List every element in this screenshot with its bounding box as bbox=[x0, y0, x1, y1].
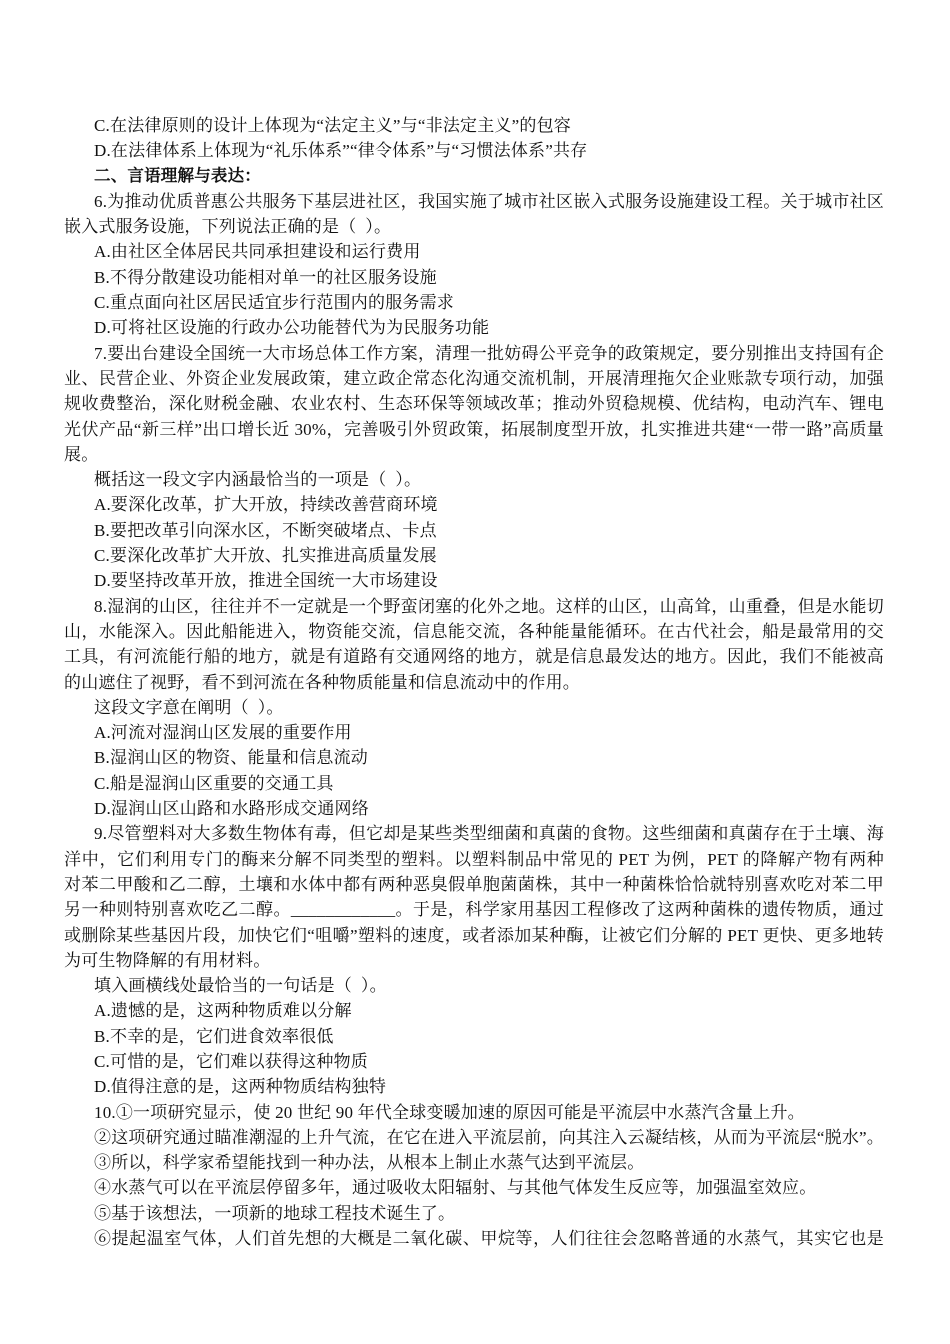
text-line: 9.尽管塑料对大多数生物体有毒，但它却是某些类型细菌和真菌的食物。这些细菌和真菌… bbox=[64, 821, 884, 846]
text-line: B.要把改革引向深水区，不断突破堵点、卡点 bbox=[64, 518, 884, 543]
text-line: 的山遮住了视野，看不到河流在各种物质能量和信息流动中的作用。 bbox=[64, 670, 884, 695]
text-line: 10.①一项研究显示，使 20 世纪 90 年代全球变暖加速的原因可能是平流层中… bbox=[64, 1100, 884, 1125]
text-line: 另一种则特别喜欢吃乙二醇。____________。于是，科学家用基因工程修改了… bbox=[64, 897, 884, 922]
text-line: D.湿润山区山路和水路形成交通网络 bbox=[64, 796, 884, 821]
text-line: 这段文字意在阐明（ ）。 bbox=[64, 695, 884, 720]
text-line: A.由社区全体居民共同承担建设和运行费用 bbox=[64, 239, 884, 264]
text-line: A.要深化改革，扩大开放，持续改善营商环境 bbox=[64, 492, 884, 517]
text-line: D.要坚持改革开放，推进全国统一大市场建设 bbox=[64, 568, 884, 593]
section-heading: 二、言语理解与表达： bbox=[64, 164, 884, 189]
text-line: 对苯二甲酸和乙二醇，土壤和水体中都有两种恶臭假单胞菌菌株，其中一种菌株恰恰就特别… bbox=[64, 872, 884, 897]
text-line: C.可惜的是，它们难以获得这种物质 bbox=[64, 1049, 884, 1074]
text-line: 洋中，它们利用专门的酶来分解不同类型的塑料。以塑料制品中常见的 PET 为例，P… bbox=[64, 847, 884, 872]
text-line: 嵌入式服务设施，下列说法正确的是（ ）。 bbox=[64, 214, 884, 239]
text-line: 展。 bbox=[64, 442, 884, 467]
text-line: 山，水能深入。因此船能进入，物资能交流，信息能交流，各种能量能循环。在古代社会，… bbox=[64, 619, 884, 644]
text-line: 或删除某些基因片段，加快它们“咀嚼”塑料的速度，或者添加某种酶，让被它们分解的 … bbox=[64, 923, 884, 948]
text-line: 规收费整治，深化财税金融、农业农村、生态环保等领域改革；推动外贸稳规模、优结构，… bbox=[64, 391, 884, 416]
text-line: 7.要出台建设全国统一大市场总体工作方案，清理一批妨碍公平竞争的政策规定，要分别… bbox=[64, 341, 884, 366]
text-line: ③所以，科学家希望能找到一种办法，从根本上制止水蒸气达到平流层。 bbox=[64, 1150, 884, 1175]
text-line: 工具，有河流能行船的地方，就是有道路有交通网络的地方，就是信息最发达的地方。因此… bbox=[64, 644, 884, 669]
text-line: 概括这一段文字内涵最恰当的一项是（ ）。 bbox=[64, 467, 884, 492]
text-line: ⑤基于该想法，一项新的地球工程技术诞生了。 bbox=[64, 1201, 884, 1226]
text-line: 填入画横线处最恰当的一句话是（ ）。 bbox=[64, 973, 884, 998]
text-line: D.可将社区设施的行政办公功能替代为为民服务功能 bbox=[64, 315, 884, 340]
text-line: C.重点面向社区居民适宜步行范围内的服务需求 bbox=[64, 290, 884, 315]
text-line: 光伏产品“新三样”出口增长近 30%，完善吸引外贸政策，拓展制度型开放，扎实推进… bbox=[64, 417, 884, 442]
text-line: C.在法律原则的设计上体现为“法定主义”与“非法定主义”的包容 bbox=[64, 113, 884, 138]
text-line: B.不幸的是，它们进食效率很低 bbox=[64, 1024, 884, 1049]
text-line: B.湿润山区的物资、能量和信息流动 bbox=[64, 745, 884, 770]
text-line: A.遗憾的是，这两种物质难以分解 bbox=[64, 998, 884, 1023]
text-line: ②这项研究通过瞄准潮湿的上升气流，在它在进入平流层前，向其注入云凝结核，从而为平… bbox=[64, 1125, 884, 1150]
text-line: 业、民营企业、外资企业发展政策，建立政企常态化沟通交流机制，开展清理拖欠企业账款… bbox=[64, 366, 884, 391]
text-line: C.船是湿润山区重要的交通工具 bbox=[64, 771, 884, 796]
text-line: D.值得注意的是，这两种物质结构独特 bbox=[64, 1074, 884, 1099]
text-line: A.河流对湿润山区发展的重要作用 bbox=[64, 720, 884, 745]
text-line: ⑥提起温室气体，人们首先想的大概是二氧化碳、甲烷等，人们往往会忽略普通的水蒸气，… bbox=[64, 1226, 884, 1251]
document-page: C.在法律原则的设计上体现为“法定主义”与“非法定主义”的包容D.在法律体系上体… bbox=[0, 0, 950, 1344]
text-line: D.在法律体系上体现为“礼乐体系”“律令体系”与“习惯法体系”共存 bbox=[64, 138, 884, 163]
text-column: C.在法律原则的设计上体现为“法定主义”与“非法定主义”的包容D.在法律体系上体… bbox=[64, 113, 884, 1251]
text-line: 8.湿润的山区，往往并不一定就是一个野蛮闭塞的化外之地。这样的山区，山高耸，山重… bbox=[64, 594, 884, 619]
text-line: B.不得分散建设功能相对单一的社区服务设施 bbox=[64, 265, 884, 290]
text-line: C.要深化改革扩大开放、扎实推进高质量发展 bbox=[64, 543, 884, 568]
text-line: ④水蒸气可以在平流层停留多年，通过吸收太阳辐射、与其他气体发生反应等，加强温室效… bbox=[64, 1175, 884, 1200]
text-line: 为可生物降解的有用材料。 bbox=[64, 948, 884, 973]
text-line: 6.为推动优质普惠公共服务下基层进社区，我国实施了城市社区嵌入式服务设施建设工程… bbox=[64, 189, 884, 214]
